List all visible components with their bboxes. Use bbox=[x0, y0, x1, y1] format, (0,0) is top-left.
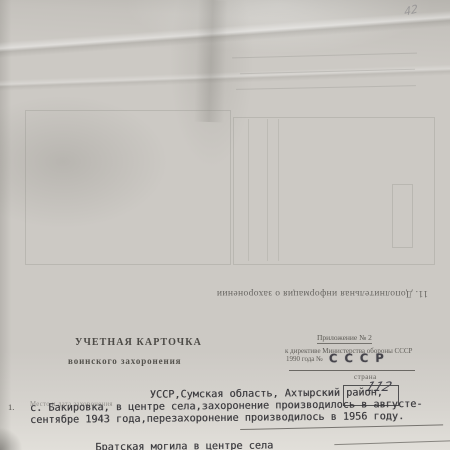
field2-partial-line: Братская могила в центре села bbox=[95, 440, 273, 450]
field1-rule bbox=[240, 424, 443, 430]
scanned-burial-card: 42 11. Дополнительная информация о захор… bbox=[0, 0, 450, 450]
typewritten-block: УССР,Сумская область, Ахтырский район, с… bbox=[0, 0, 450, 450]
field2-rule bbox=[334, 440, 450, 445]
